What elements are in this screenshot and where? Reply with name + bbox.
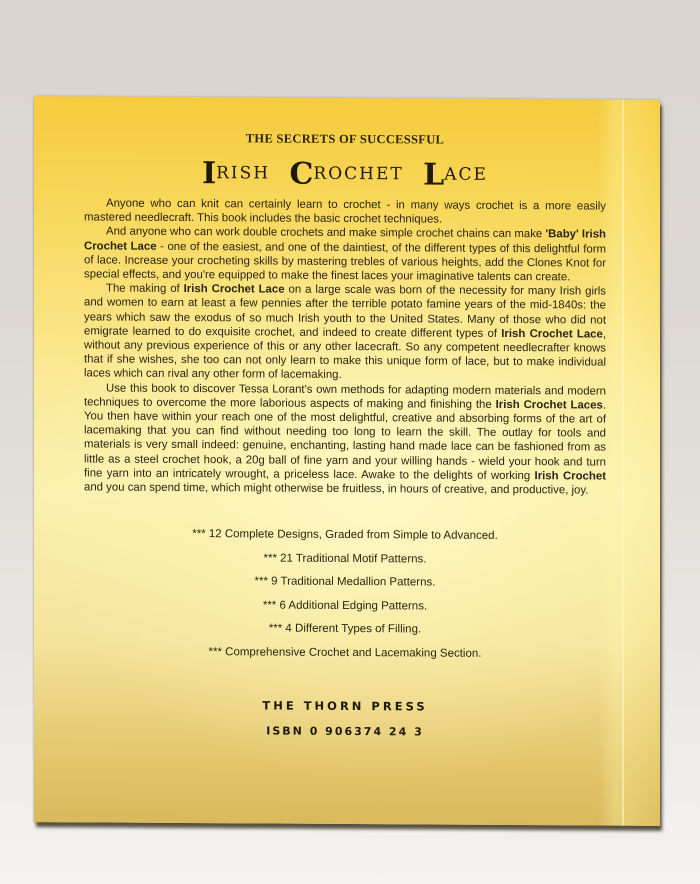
feature-item: *** Comprehensive Crochet and Lacemaking… xyxy=(84,640,606,667)
blurb-paragraph: The making of Irish Crochet Lace on a la… xyxy=(84,282,606,385)
cover-content: THE SECRETS OF SUCCESSFUL IRISH CROCHET … xyxy=(84,130,606,739)
feature-item: *** 6 Additional Edging Patterns. xyxy=(84,593,606,620)
title-initial: L xyxy=(423,157,444,192)
feature-item: *** 12 Complete Designs, Graded from Sim… xyxy=(84,523,606,550)
book-back-cover: THE SECRETS OF SUCCESSFUL IRISH CROCHET … xyxy=(34,96,660,826)
isbn-number: ISBN 0 906374 24 3 xyxy=(84,724,606,740)
feature-list: *** 12 Complete Designs, Graded from Sim… xyxy=(84,523,606,667)
publisher-name: THE THORN PRESS xyxy=(84,698,606,715)
cover-fold-line xyxy=(622,100,624,826)
blurb-text: Anyone who can knit can certainly learn … xyxy=(84,196,606,497)
title-initial: I xyxy=(202,156,216,191)
feature-item: *** 4 Different Types of Filling. xyxy=(84,617,606,644)
blurb-paragraph: Use this book to discover Tessa Lorant's… xyxy=(84,381,606,498)
feature-item: *** 9 Traditional Medallion Patterns. xyxy=(84,570,606,597)
title-word: CROCHET xyxy=(290,164,404,185)
cover-kicker: THE SECRETS OF SUCCESSFUL xyxy=(84,130,606,148)
title-word: LACE xyxy=(423,164,488,184)
title-initial: C xyxy=(290,157,314,192)
feature-item: *** 21 Traditional Motif Patterns. xyxy=(84,546,606,573)
blurb-paragraph: And anyone who can work double crochets … xyxy=(84,225,606,285)
book-title: IRISH CROCHET LACE xyxy=(84,155,606,193)
title-word: IRISH xyxy=(202,163,270,183)
blurb-paragraph: Anyone who can knit can certainly learn … xyxy=(84,196,606,228)
